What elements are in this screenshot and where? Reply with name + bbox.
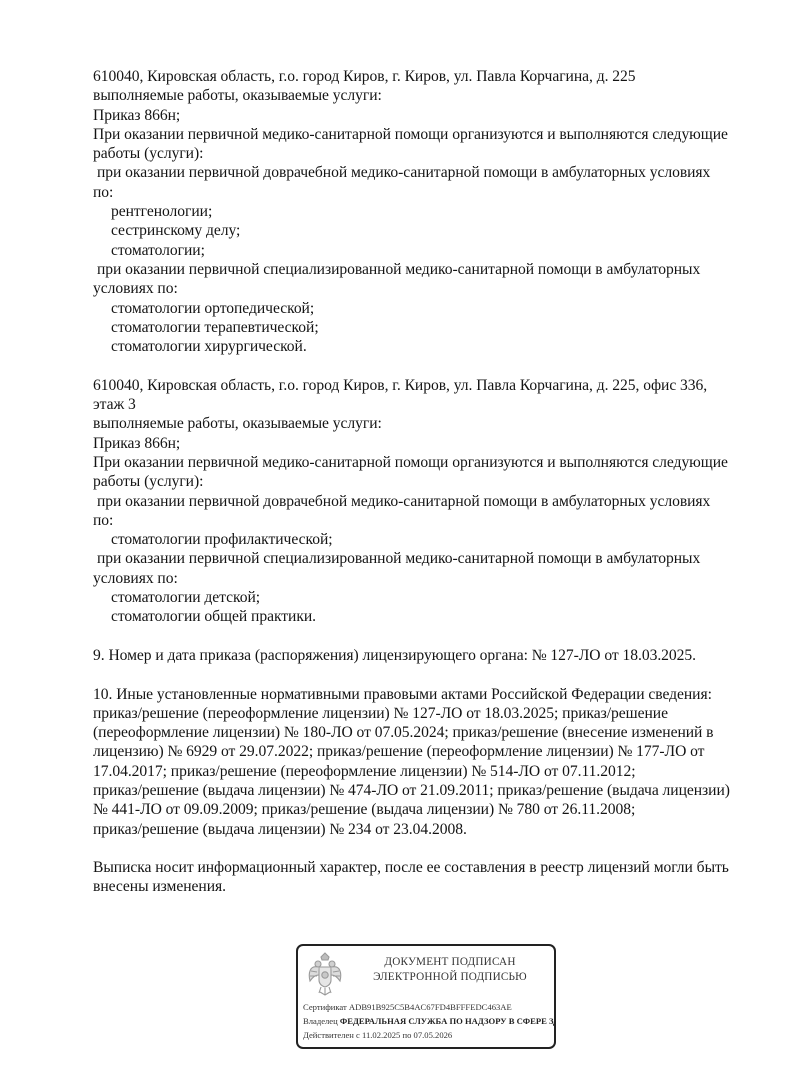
section-10-line: приказ/решение (переоформление лицензии)… (93, 704, 773, 723)
section-10-line: (переоформление лицензии) № 180-ЛО от 07… (93, 723, 773, 742)
electronic-signature-stamp: ДОКУМЕНТ ПОДПИСАН ЭЛЕКТРОННОЙ ПОДПИСЬЮ С… (296, 944, 556, 1049)
works-label: выполняемые работы, оказываемые услуги: (93, 414, 773, 433)
owner-value: ФЕДЕРАЛЬНАЯ СЛУЖБА ПО НАДЗОРУ В СФЕРЕ ЗД… (340, 1016, 555, 1026)
spacer (93, 839, 773, 858)
address-block-2: 610040, Кировская область, г.о. город Ки… (93, 376, 773, 627)
stamp-title-line: ДОКУМЕНТ ПОДПИСАН (350, 955, 550, 970)
section-10-line: приказ/решение (выдача лицензии) № 474-Л… (93, 781, 773, 800)
service-item: стоматологии ортопедической; (93, 299, 773, 318)
section-10-line: приказ/решение (выдача лицензии) № 234 о… (93, 820, 773, 839)
stamp-title: ДОКУМЕНТ ПОДПИСАН ЭЛЕКТРОННОЙ ПОДПИСЬЮ (350, 955, 550, 985)
group-header: при оказании первичной специализированно… (93, 549, 773, 568)
order-reference: Приказ 866н; (93, 434, 773, 453)
service-item: стоматологии детской; (93, 588, 773, 607)
disclaimer-line: Выписка носит информационный характер, п… (93, 858, 773, 877)
russian-coat-of-arms-icon (306, 951, 344, 997)
certificate-row: Сертификат ADB91B925C5B4AC67FD4BFFFEDC46… (303, 1002, 555, 1013)
validity-row: Действителен с 11.02.2025 по 07.05.2026 (303, 1030, 555, 1041)
certificate-value: ADB91B925C5B4AC67FD4BFFFEDC463AE (349, 1002, 512, 1012)
spacer (93, 627, 773, 646)
spacer (93, 665, 773, 684)
section-10-line: лицензию) № 6929 от 29.07.2022; приказ/р… (93, 742, 773, 761)
service-item: стоматологии общей практики. (93, 607, 773, 626)
section-10-line: 10. Иные установленные нормативными прав… (93, 685, 773, 704)
document-page: 610040, Кировская область, г.о. город Ки… (93, 67, 773, 897)
group-header: условиях по: (93, 279, 773, 298)
spacer (93, 356, 773, 375)
group-header: по: (93, 511, 773, 530)
disclaimer: Выписка носит информационный характер, п… (93, 858, 773, 897)
group-header: по: (93, 183, 773, 202)
intro-line: При оказании первичной медико-санитарной… (93, 453, 773, 472)
service-item: сестринскому делу; (93, 221, 773, 240)
intro-line: При оказании первичной медико-санитарной… (93, 125, 773, 144)
address-line: 610040, Кировская область, г.о. город Ки… (93, 376, 773, 395)
group-header: условиях по: (93, 569, 773, 588)
address-line: этаж 3 (93, 395, 773, 414)
section-10-line: 17.04.2017; приказ/решение (переоформлен… (93, 762, 773, 781)
disclaimer-line: внесены изменения. (93, 877, 773, 896)
address-line: 610040, Кировская область, г.о. город Ки… (93, 67, 773, 86)
intro-line: работы (услуги): (93, 144, 773, 163)
section-10-other-info: 10. Иные установленные нормативными прав… (93, 685, 773, 839)
order-reference: Приказ 866н; (93, 106, 773, 125)
service-item: стоматологии; (93, 241, 773, 260)
service-item: стоматологии профилактической; (93, 530, 773, 549)
intro-line: работы (услуги): (93, 472, 773, 491)
works-label: выполняемые работы, оказываемые услуги: (93, 86, 773, 105)
service-item: стоматологии терапевтической; (93, 318, 773, 337)
certificate-label: Сертификат (303, 1002, 347, 1012)
group-header: при оказании первичной доврачебной медик… (93, 163, 773, 182)
service-item: стоматологии хирургической. (93, 337, 773, 356)
section-10-line: № 441-ЛО от 09.09.2009; приказ/решение (… (93, 800, 773, 819)
group-header: при оказании первичной специализированно… (93, 260, 773, 279)
section-9-order: 9. Номер и дата приказа (распоряжения) л… (93, 646, 773, 665)
group-header: при оказании первичной доврачебной медик… (93, 492, 773, 511)
stamp-title-line: ЭЛЕКТРОННОЙ ПОДПИСЬЮ (350, 970, 550, 985)
address-block-1: 610040, Кировская область, г.о. город Ки… (93, 67, 773, 356)
owner-row: Владелец ФЕДЕРАЛЬНАЯ СЛУЖБА ПО НАДЗОРУ В… (303, 1016, 555, 1027)
service-item: рентгенологии; (93, 202, 773, 221)
owner-label: Владелец (303, 1016, 338, 1026)
validity-period: Действителен с 11.02.2025 по 07.05.2026 (303, 1030, 452, 1040)
